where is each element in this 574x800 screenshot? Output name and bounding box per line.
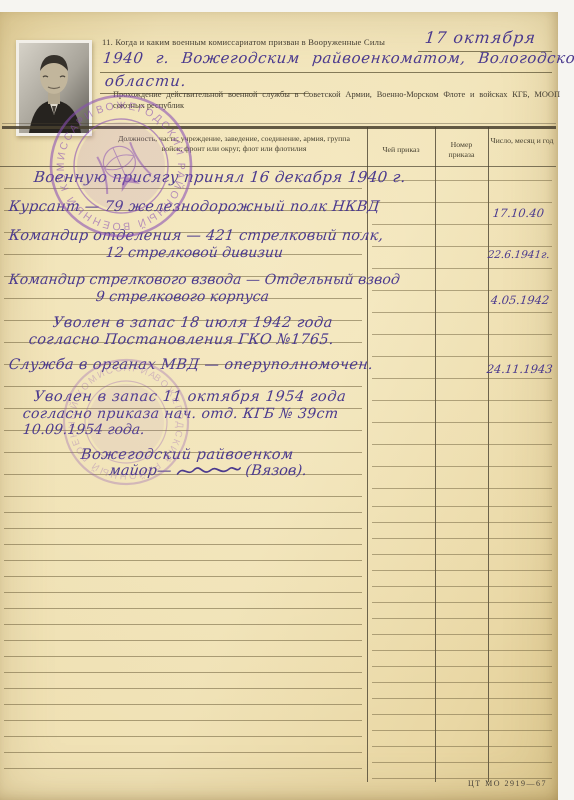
entry-1-line1: Военную присягу принял 16 декабря 1940 г… <box>33 168 407 186</box>
entry-7-line2: согласно приказа нач. отд. КГБ № 39ст <box>22 406 339 422</box>
field-11-value-line1: 17 октября <box>424 28 537 47</box>
table-header-order-number: Номер приказа <box>437 140 486 159</box>
entry-3-line1: Командир отделения — 421 стрелковый полк… <box>8 228 384 244</box>
table-header-order: Чей приказ <box>369 145 433 155</box>
table-top-border-outer <box>2 123 556 124</box>
signature-scribble <box>175 463 243 479</box>
signature-rank: майор— <box>108 463 172 479</box>
table-top-border <box>2 126 556 129</box>
entry-2-line1: Курсант — 79 железнодорожный полк НКВД <box>8 199 381 215</box>
portrait-photo <box>16 40 92 136</box>
entry-7-line1: Уволен в запас 11 октября 1954 года <box>33 389 347 405</box>
signature-block-line1: Вожегодский райвоенком <box>80 447 294 463</box>
column-divider-1 <box>367 127 368 782</box>
entry-4-date: 4.05.1942 <box>490 293 550 307</box>
print-code: ЦТ МО 2919—67 <box>468 779 547 788</box>
entry-7-line3: 10.09.1954 года. <box>22 422 145 438</box>
entry-4-line1: Командир стрелкового взвода — Отдельный … <box>8 272 401 288</box>
table-header-position: Должность, часть, учреждение, заведение,… <box>110 134 358 153</box>
document-page: 11. Когда и каким военным комиссариатом … <box>0 12 558 800</box>
signature-block-line2: майор— (Вязов). <box>108 463 307 479</box>
entry-4-line2: 9 стрелкового корпуса <box>95 289 270 305</box>
service-section-heading: Прохождение действительной военной служб… <box>113 90 560 111</box>
entry-5-line1: Уволен в запас 18 июля 1942 года <box>52 315 334 331</box>
entry-5-line2: согласно Постановления ГКО №1765. <box>28 332 335 348</box>
entry-3-line2: 12 стрелковой дивизии <box>105 245 284 261</box>
field-11-label: 11. Когда и каким военным комиссариатом … <box>102 37 385 47</box>
ruled-lines-main-lower <box>4 497 362 779</box>
entry-6-date: 24.11.1943 <box>486 362 553 376</box>
field-11-value-line2: 1940 г. Вожегодским райвоенкоматом, Воло… <box>102 49 574 67</box>
table-header-date: Число, месяц и год <box>490 136 554 146</box>
entry-2-date: 17.10.40 <box>492 206 545 220</box>
field-11-value-line3: области. <box>104 72 188 90</box>
signature-name: (Вязов). <box>245 463 308 479</box>
entry-3-date: 22.6.1941г. <box>487 249 550 261</box>
ruled-lines-right-lower <box>372 497 552 779</box>
portrait-photo-image <box>19 43 89 133</box>
entry-6-line1: Служба в органах МВД — оперуполномочен. <box>8 357 374 373</box>
